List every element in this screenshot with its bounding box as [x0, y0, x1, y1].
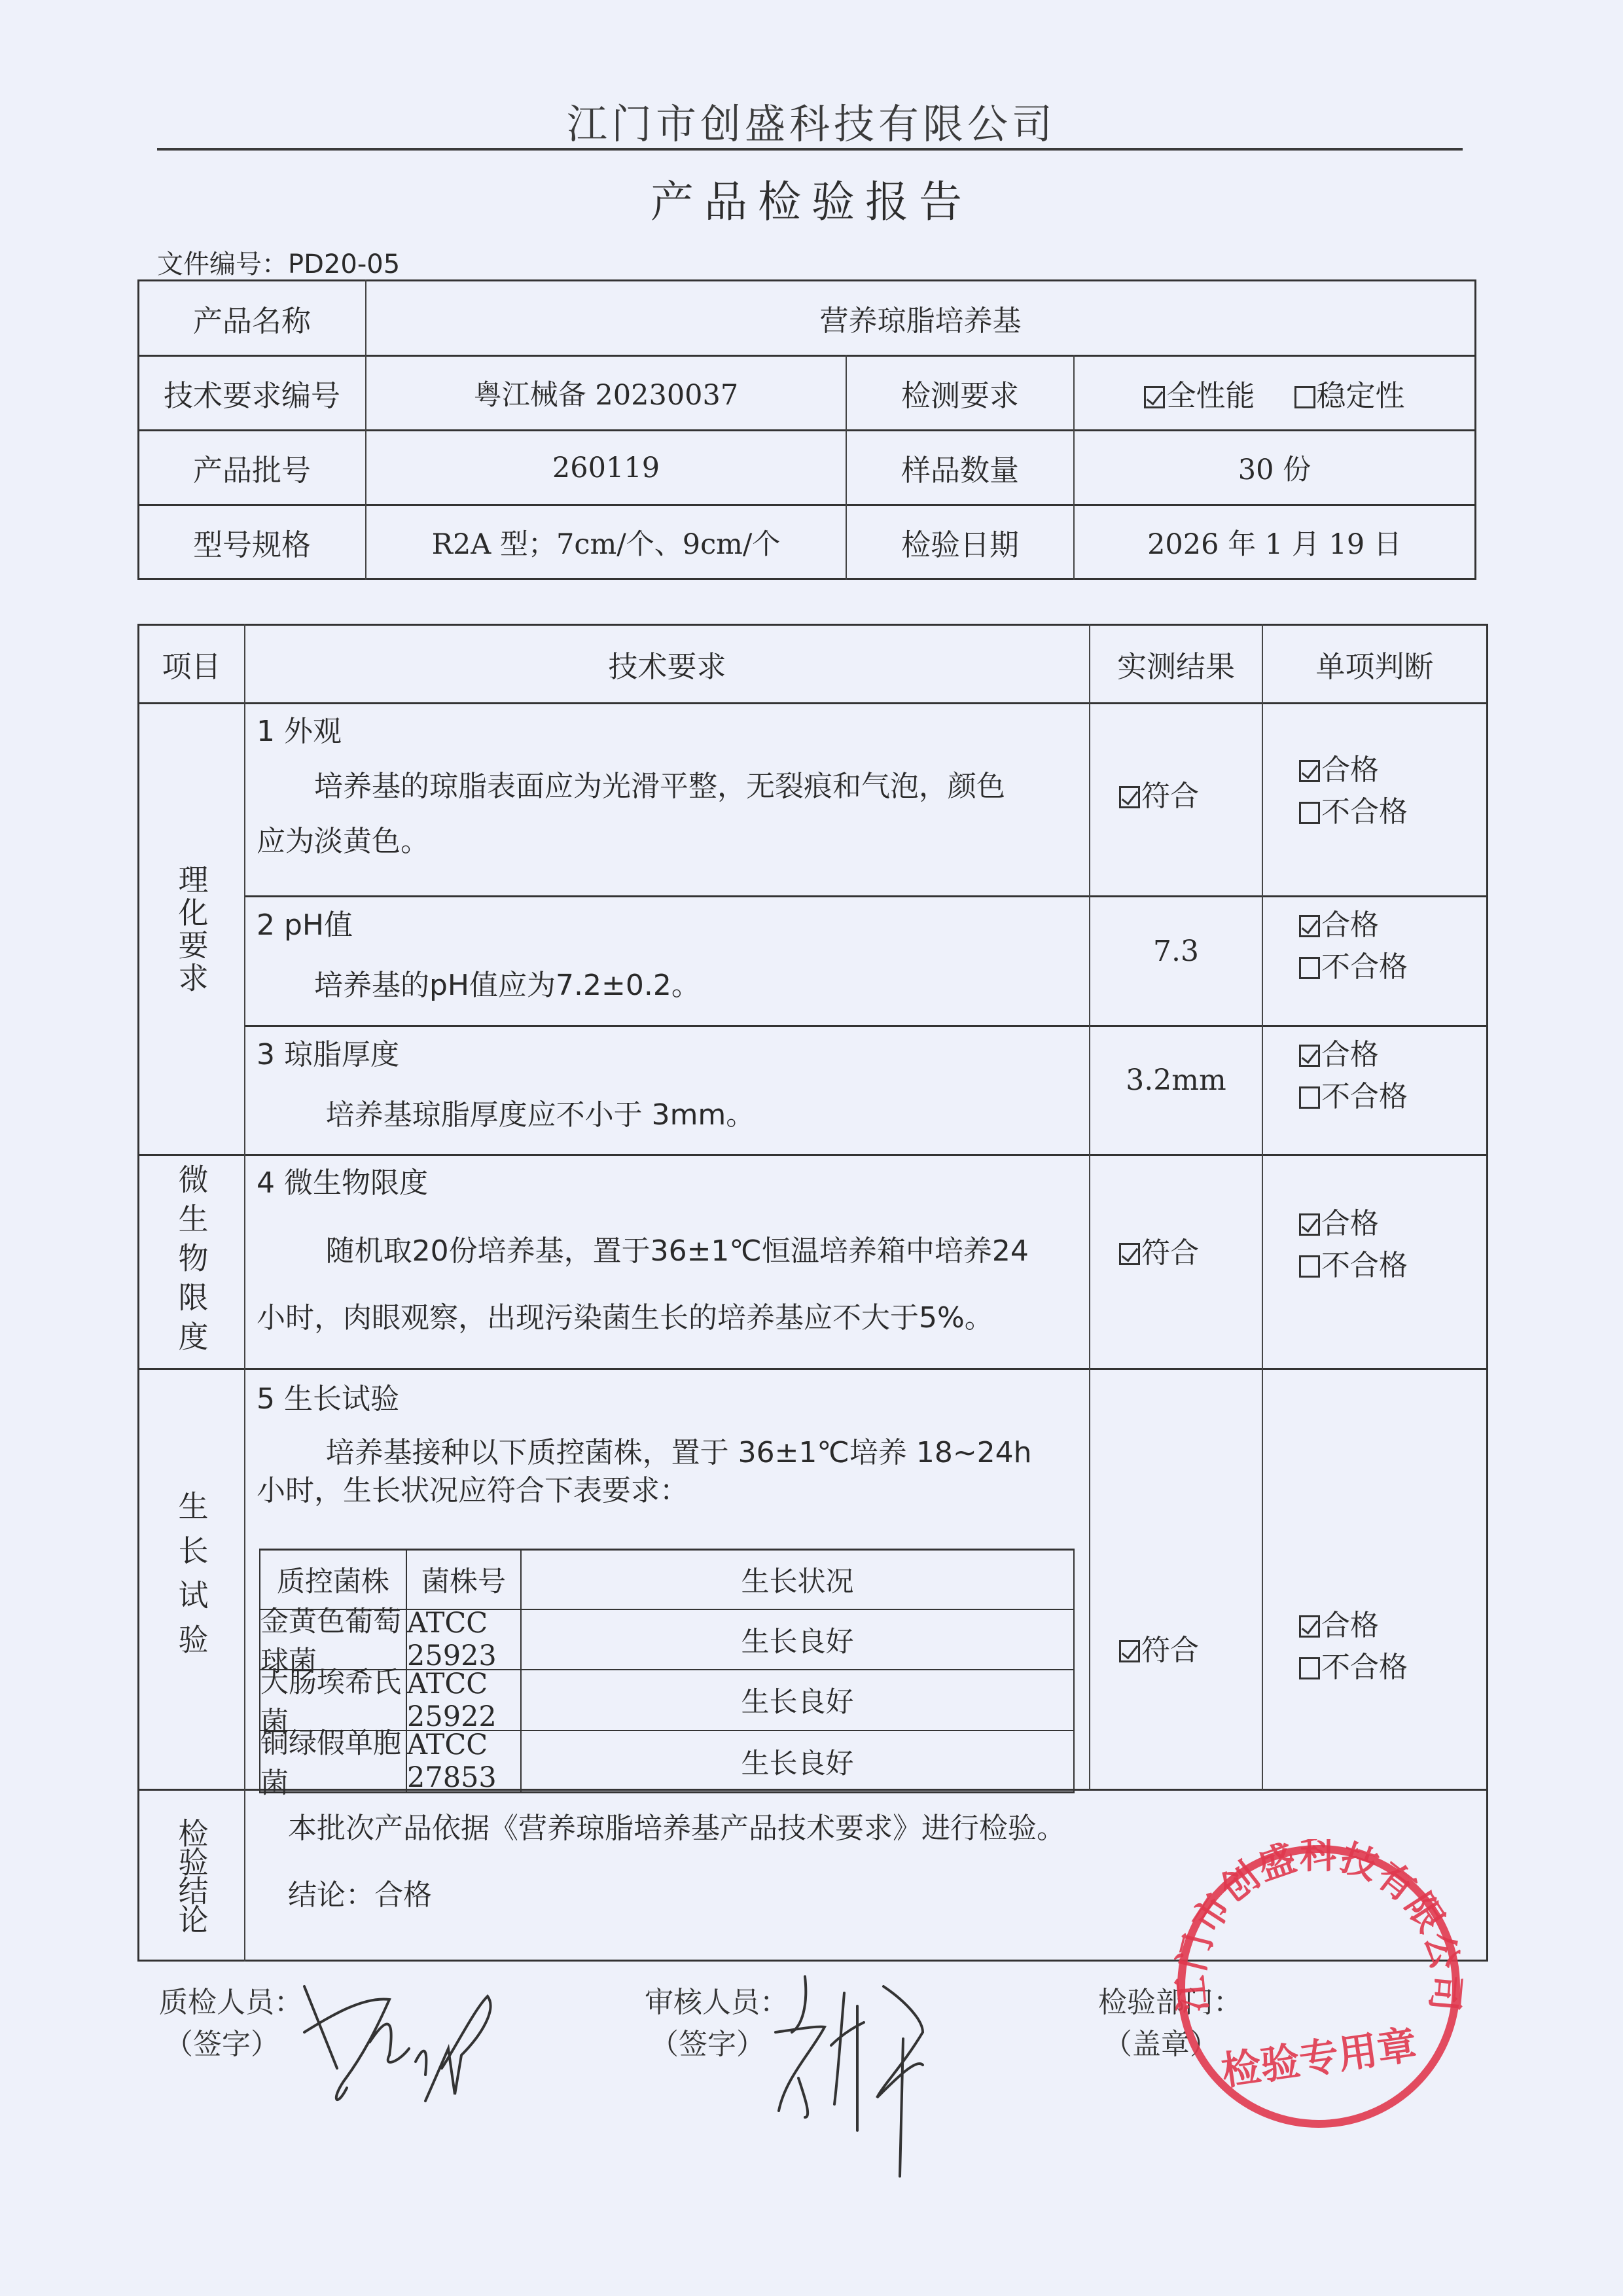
option-fail[interactable]: 不合格: [1299, 1076, 1408, 1118]
result-agar-thickness: 3.2mm: [1090, 1064, 1262, 1097]
group-growth: 生长试验: [139, 1370, 244, 1789]
item-text: 培养基接种以下质控菌株，置于 36±1℃培养 18~24h: [257, 1432, 1084, 1474]
judgement-agar-thickness: 合格 不合格: [1299, 1034, 1408, 1118]
checkbox-empty-icon[interactable]: [1299, 957, 1320, 979]
file-number: 文件编号：PD20-05: [157, 243, 400, 281]
checkbox-checked-icon[interactable]: [1299, 1213, 1320, 1236]
checkbox-checked-icon[interactable]: [1144, 386, 1165, 408]
option-pass[interactable]: 合格: [1299, 1034, 1408, 1076]
checkbox-checked-icon[interactable]: [1119, 786, 1140, 808]
group-physchem-label: 理化要求: [171, 864, 213, 995]
option-fail[interactable]: 不合格: [1299, 1647, 1408, 1689]
sample-qty-label: 样品数量: [847, 431, 1073, 504]
tech-req-no-label: 技术要求编号: [139, 357, 365, 429]
report-title: 产品检验报告: [0, 167, 1623, 229]
conclusion: 本批次产品依据《营养琼脂培养基产品技术要求》进行检验。 结论：合格: [288, 1808, 1139, 1916]
conclusion-result: 结论：合格: [288, 1874, 1139, 1916]
item-appearance: 1 外观 培养基的琼脂表面应为光滑平整，无裂痕和气泡，颜色 应为淡黄色。: [257, 711, 1084, 863]
col-header-judgement: 单项判断: [1263, 626, 1486, 702]
item-growth-test: 5 生长试验 培养基接种以下质控菌株，置于 36±1℃培养 18~24h 小时，…: [257, 1378, 1084, 1512]
strain-table-cell: ATCC 27853: [407, 1731, 520, 1791]
checkbox-checked-icon[interactable]: [1299, 915, 1320, 937]
item-ph: 2 pH值 培养基的pH值应为7.2±0.2。: [257, 905, 1084, 1007]
strain-table-cell: 生长良好: [522, 1731, 1073, 1791]
judgement-ph: 合格 不合格: [1299, 905, 1408, 988]
item-text-cont: 小时，肉眼观察，出现污染菌生长的培养基应不大于5%。: [257, 1297, 1084, 1339]
strain-table-cell: 生长良好: [522, 1610, 1073, 1669]
sample-qty-value: 30 份: [1075, 431, 1474, 504]
inspector-label: 质检人员：: [159, 1982, 303, 2024]
batch-label: 产品批号: [139, 431, 365, 504]
item-text: 随机取20份培养基，置于36±1℃恒温培养箱中培养24: [257, 1230, 1084, 1272]
file-number-value: PD20-05: [288, 249, 400, 279]
result-growth-test: 符合: [1119, 1626, 1199, 1668]
checkbox-checked-icon[interactable]: [1299, 1615, 1320, 1638]
option-full-performance[interactable]: 全性能: [1144, 372, 1255, 414]
svg-text:江门市创盛科技有限公司: 江门市创盛科技有限公司: [1171, 1839, 1466, 2015]
option-stability[interactable]: 稳定性: [1294, 372, 1405, 414]
strain-table-header: 生长状况: [522, 1550, 1073, 1609]
inspector-signature: 质检人员： （签字）: [159, 1982, 303, 2066]
item-text-cont: 小时，生长状况应符合下表要求：: [257, 1470, 1084, 1512]
item-title: 4 微生物限度: [257, 1162, 1084, 1204]
test-req-options: 全性能 稳定性: [1075, 357, 1474, 429]
item-title: 1 外观: [257, 711, 1084, 753]
col-header-result: 实测结果: [1090, 626, 1262, 702]
conclusion-basis: 本批次产品依据《营养琼脂培养基产品技术要求》进行检验。: [288, 1808, 1139, 1850]
tech-req-no-value: 粤江械备 20230037: [366, 357, 846, 429]
result-ph: 7.3: [1090, 935, 1262, 968]
checkbox-empty-icon[interactable]: [1299, 1255, 1320, 1278]
checkbox-checked-icon[interactable]: [1119, 1243, 1140, 1265]
option-pass[interactable]: 合格: [1299, 1203, 1408, 1245]
item-text: 培养基的琼脂表面应为光滑平整，无裂痕和气泡，颜色: [257, 766, 1084, 808]
group-microbial-label: 微生物限度: [171, 1164, 213, 1360]
col-header-tech-req: 技术要求: [245, 626, 1089, 702]
item-agar-thickness: 3 琼脂厚度 培养基琼脂厚度应不小于 3mm。: [257, 1034, 1084, 1136]
strain-table-header: 菌株号: [407, 1550, 520, 1609]
item-text-cont: 应为淡黄色。: [257, 821, 1084, 863]
result-microbial-limit: 符合: [1119, 1229, 1199, 1271]
stamp-center-text: 检验专用章: [1219, 2022, 1419, 2094]
strain-table-rule: [1073, 1549, 1075, 1793]
group-microbial: 微生物限度: [139, 1156, 244, 1368]
group-growth-label: 生长试验: [171, 1490, 213, 1668]
batch-value: 260119: [366, 431, 846, 504]
item-title: 2 pH值: [257, 905, 1084, 946]
result-appearance: 符合: [1119, 772, 1199, 814]
strain-table-cell: 铜绿假单胞菌: [260, 1731, 406, 1791]
option-fail[interactable]: 不合格: [1299, 791, 1408, 833]
checkbox-checked-icon[interactable]: [1299, 760, 1320, 782]
checkbox-checked-icon[interactable]: [1299, 1045, 1320, 1067]
reviewer-signature-scribble: [772, 1967, 969, 2183]
inspector-signature-scribble: [291, 1970, 501, 2140]
reviewer-sub: （签字）: [645, 2024, 789, 2066]
checkbox-empty-icon[interactable]: [1299, 1657, 1320, 1679]
inspector-sub: （签字）: [159, 2024, 303, 2066]
group-conclusion-label: 检验结论: [171, 1818, 213, 1933]
judgement-appearance: 合格 不合格: [1299, 749, 1408, 833]
item-microbial-limit: 4 微生物限度 随机取20份培养基，置于36±1℃恒温培养箱中培养24 小时，肉…: [257, 1162, 1084, 1339]
strain-table-cell: ATCC 25923: [407, 1610, 520, 1669]
group-conclusion: 检验结论: [139, 1791, 244, 1960]
inspection-seal-stamp: 江门市创盛科技有限公司 检验专用章: [1171, 1839, 1466, 2134]
product-name-value: 营养琼脂培养基: [366, 281, 1474, 355]
test-date-value: 2026 年 1 月 19 日: [1075, 506, 1474, 578]
option-pass[interactable]: 合格: [1299, 749, 1408, 791]
company-name: 江门市创盛科技有限公司: [0, 92, 1623, 150]
judgement-growth-test: 合格 不合格: [1299, 1605, 1408, 1689]
strain-table-cell: 生长良好: [522, 1670, 1073, 1730]
col-header-item: 项目: [139, 626, 244, 702]
product-name-label: 产品名称: [139, 281, 365, 355]
checkbox-empty-icon[interactable]: [1299, 802, 1320, 824]
strain-table-cell: ATCC 25922: [407, 1670, 520, 1730]
model-label: 型号规格: [139, 506, 365, 578]
option-fail[interactable]: 不合格: [1299, 946, 1408, 988]
header-divider: [157, 148, 1463, 151]
option-fail[interactable]: 不合格: [1299, 1245, 1408, 1287]
reviewer-label: 审核人员：: [645, 1982, 789, 2024]
model-value: R2A 型；7cm/个、9cm/个: [366, 506, 846, 578]
item-title: 5 生长试验: [257, 1378, 1084, 1420]
item-text: 培养基琼脂厚度应不小于 3mm。: [257, 1094, 1084, 1136]
option-pass[interactable]: 合格: [1299, 905, 1408, 946]
judgement-microbial-limit: 合格 不合格: [1299, 1203, 1408, 1287]
file-number-label: 文件编号：: [157, 249, 288, 279]
test-req-label: 检测要求: [847, 357, 1073, 429]
test-date-label: 检验日期: [847, 506, 1073, 578]
checkbox-empty-icon[interactable]: [1294, 386, 1315, 408]
option-pass[interactable]: 合格: [1299, 1605, 1408, 1647]
checkbox-checked-icon[interactable]: [1119, 1640, 1140, 1662]
group-physchem: 理化要求: [139, 704, 244, 1154]
reviewer-signature: 审核人员： （签字）: [645, 1982, 789, 2066]
item-text: 培养基的pH值应为7.2±0.2。: [257, 965, 1084, 1007]
item-title: 3 琼脂厚度: [257, 1034, 1084, 1076]
stamp-ring-text: 江门市创盛科技有限公司: [1171, 1839, 1466, 2015]
checkbox-empty-icon[interactable]: [1299, 1086, 1320, 1109]
